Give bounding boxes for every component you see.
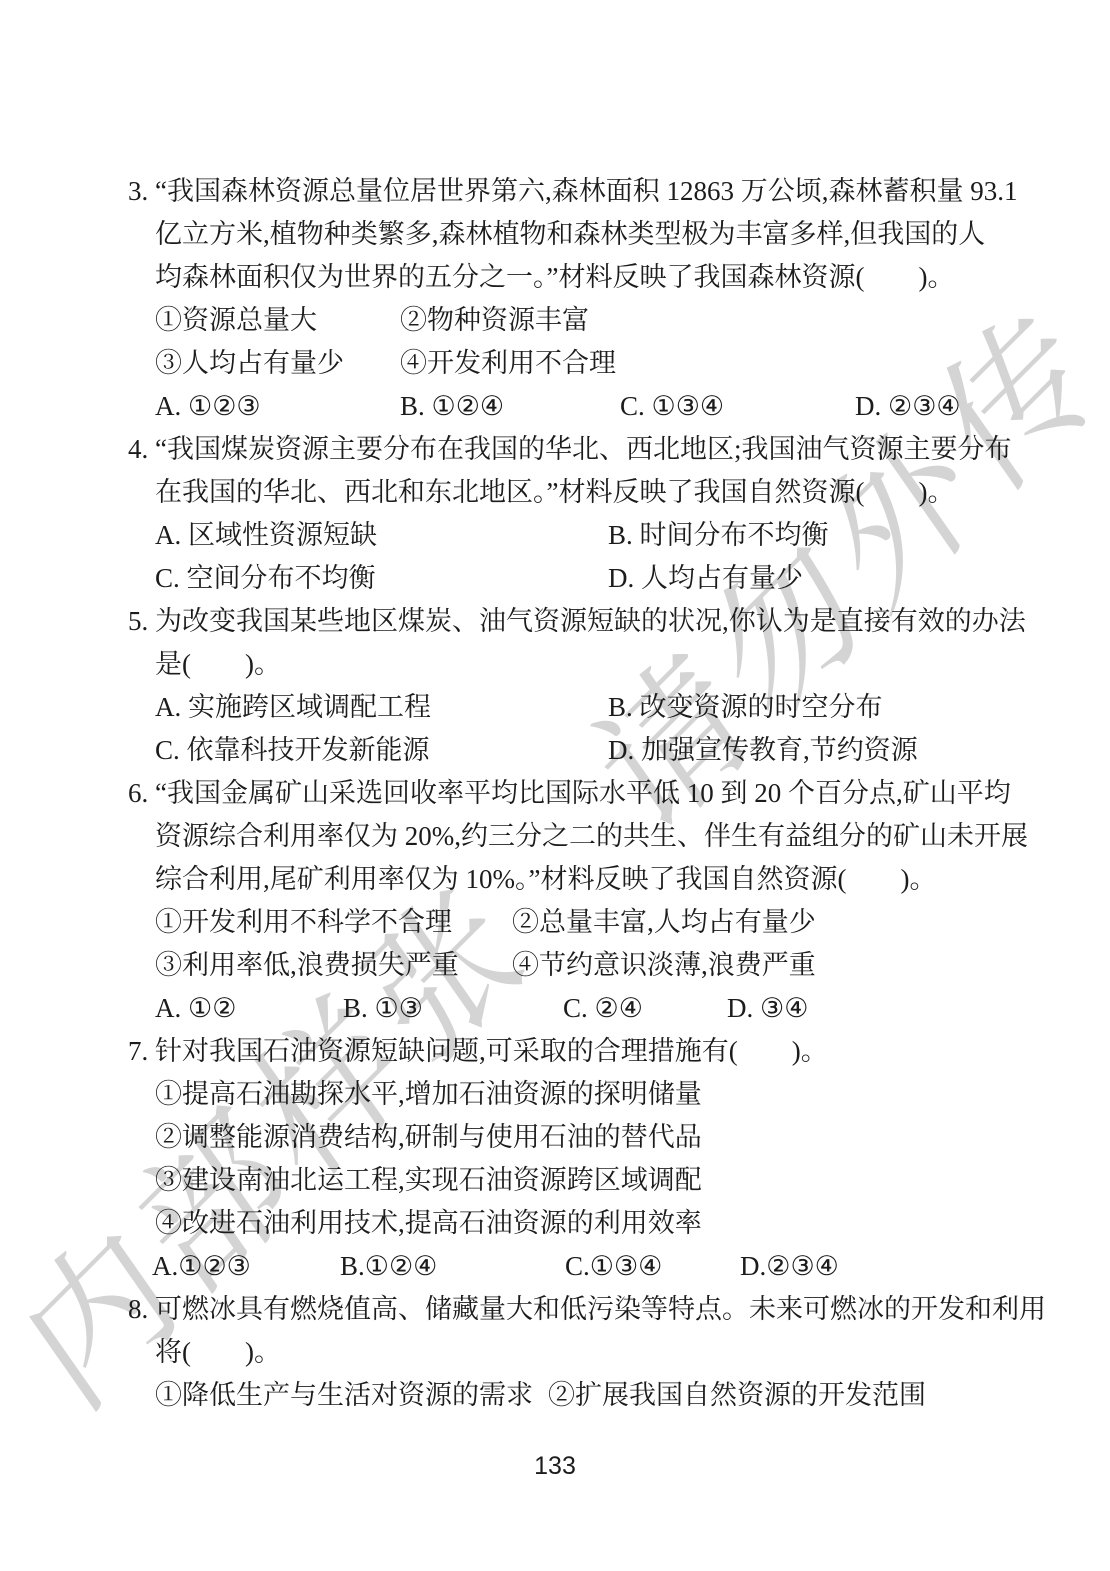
question-number: 3. [128, 170, 155, 213]
page-number: 133 [0, 1452, 1110, 1481]
stem-text: “我国森林资源总量位居世界第六,森林面积 12863 万公顷,森林蓄积量 93.… [155, 176, 1017, 206]
stem-text: 可燃冰具有燃烧值高、储藏量大和低污染等特点。未来可燃冰的开发和利用 [155, 1294, 1046, 1324]
stem-line: 综合利用,尾矿利用率仅为 10%。”材料反映了我国自然资源( )。 [128, 858, 1028, 901]
stem-line: 3.“我国森林资源总量位居世界第六,森林面积 12863 万公顷,森林蓄积量 9… [128, 170, 1028, 213]
option-item: ②总量丰富,人均占有量少 [512, 901, 816, 944]
option-item: A. 实施跨区域调配工程 [155, 692, 431, 722]
question-6: 6.“我国金属矿山采选回收率平均比国际水平低 10 到 20 个百分点,矿山平均… [128, 772, 1028, 1030]
answer-choice: B. ①③ [343, 987, 423, 1030]
stem-line: ①提高石油勘探水平,增加石油资源的探明储量 [128, 1073, 1028, 1116]
question-8: 8.可燃冰具有燃烧值高、储藏量大和低污染等特点。未来可燃冰的开发和利用 将( )… [128, 1288, 1028, 1417]
answer-choice: B. ①②④ [400, 385, 504, 428]
stem-line: 均森林面积仅为世界的五分之一。”材料反映了我国森林资源( )。 [128, 256, 1028, 299]
answer-choice: A.①②③ [152, 1245, 251, 1288]
answer-choice: D.②③④ [740, 1245, 839, 1288]
question-5: 5.为改变我国某些地区煤炭、油气资源短缺的状况,你认为是直接有效的办法 是( )… [128, 600, 1028, 772]
answer-choice: C.①③④ [565, 1245, 662, 1288]
stem-text: “我国金属矿山采选回收率平均比国际水平低 10 到 20 个百分点,矿山平均 [155, 778, 1011, 808]
option-row: C. 空间分布不均衡 D. 人均占有量少 [128, 557, 1028, 600]
answer-row: A. ①②③ B. ①②④ C. ①③④ D. ②③④ [128, 385, 1028, 428]
stem-line: 将( )。 [128, 1331, 1028, 1374]
stem-line: 在我国的华北、西北和东北地区。”材料反映了我国自然资源( )。 [128, 471, 1028, 514]
questions-area: 3.“我国森林资源总量位居世界第六,森林面积 12863 万公顷,森林蓄积量 9… [128, 170, 1028, 1417]
stem-line: 5.为改变我国某些地区煤炭、油气资源短缺的状况,你认为是直接有效的办法 [128, 600, 1028, 643]
stem-line: 亿立方米,植物种类繁多,森林植物和森林类型极为丰富多样,但我国的人 [128, 213, 1028, 256]
stem-text: 为改变我国某些地区煤炭、油气资源短缺的状况,你认为是直接有效的办法 [155, 606, 1026, 636]
answer-choice: A. ①② [155, 987, 236, 1030]
question-number: 6. [128, 772, 155, 815]
stem-line: ④改进石油利用技术,提高石油资源的利用效率 [128, 1202, 1028, 1245]
option-row: ③利用率低,浪费损失严重 ④节约意识淡薄,浪费严重 [128, 944, 1028, 987]
answer-choice: B.①②④ [340, 1245, 437, 1288]
stem-line: 7.针对我国石油资源短缺问题,可采取的合理措施有( )。 [128, 1030, 1028, 1073]
answer-choice: D. ②③④ [855, 385, 961, 428]
option-row: A. 实施跨区域调配工程 B. 改变资源的时空分布 [128, 686, 1028, 729]
option-item: ①开发利用不科学不合理 [155, 907, 452, 937]
question-number: 4. [128, 428, 155, 471]
question-7: 7.针对我国石油资源短缺问题,可采取的合理措施有( )。 ①提高石油勘探水平,增… [128, 1030, 1028, 1288]
question-number: 5. [128, 600, 155, 643]
option-row: C. 依靠科技开发新能源 D. 加强宣传教育,节约资源 [128, 729, 1028, 772]
option-row: ①降低生产与生活对资源的需求 ②扩展我国自然资源的开发范围 [128, 1374, 1028, 1417]
option-item: B. 时间分布不均衡 [608, 514, 829, 557]
answer-choice: A. ①②③ [155, 385, 261, 428]
exam-page: 内部样张 请勿外传 3.“我国森林资源总量位居世界第六,森林面积 12863 万… [0, 0, 1110, 1571]
stem-line: ③建设南油北运工程,实现石油资源跨区域调配 [128, 1159, 1028, 1202]
option-item: ③利用率低,浪费损失严重 [155, 950, 459, 980]
stem-text: “我国煤炭资源主要分布在我国的华北、西北地区;我国油气资源主要分布 [155, 434, 1011, 464]
option-item: ①资源总量大 [155, 305, 317, 335]
stem-line: 是( )。 [128, 643, 1028, 686]
stem-line: 4.“我国煤炭资源主要分布在我国的华北、西北地区;我国油气资源主要分布 [128, 428, 1028, 471]
option-item: D. 加强宣传教育,节约资源 [608, 729, 918, 772]
option-row: ③人均占有量少 ④开发利用不合理 [128, 342, 1028, 385]
option-row: ①开发利用不科学不合理 ②总量丰富,人均占有量少 [128, 901, 1028, 944]
option-item: ②扩展我国自然资源的开发范围 [548, 1374, 926, 1417]
option-item: B. 改变资源的时空分布 [608, 686, 883, 729]
stem-line: 资源综合利用率仅为 20%,约三分之二的共生、伴生有益组分的矿山未开展 [128, 815, 1028, 858]
option-item: ④节约意识淡薄,浪费严重 [512, 944, 816, 987]
answer-choice: C. ②④ [563, 987, 643, 1030]
stem-line: 8.可燃冰具有燃烧值高、储藏量大和低污染等特点。未来可燃冰的开发和利用 [128, 1288, 1028, 1331]
option-item: C. 空间分布不均衡 [155, 563, 376, 593]
question-3: 3.“我国森林资源总量位居世界第六,森林面积 12863 万公顷,森林蓄积量 9… [128, 170, 1028, 428]
question-number: 8. [128, 1288, 155, 1331]
stem-text: 针对我国石油资源短缺问题,可采取的合理措施有( )。 [155, 1036, 828, 1066]
option-row: ①资源总量大 ②物种资源丰富 [128, 299, 1028, 342]
stem-line: 6.“我国金属矿山采选回收率平均比国际水平低 10 到 20 个百分点,矿山平均 [128, 772, 1028, 815]
option-item: ④开发利用不合理 [400, 342, 616, 385]
option-item: C. 依靠科技开发新能源 [155, 735, 430, 765]
question-4: 4.“我国煤炭资源主要分布在我国的华北、西北地区;我国油气资源主要分布 在我国的… [128, 428, 1028, 600]
answer-choice: C. ①③④ [620, 385, 724, 428]
option-item: ③人均占有量少 [155, 348, 344, 378]
option-item: ①降低生产与生活对资源的需求 [155, 1380, 533, 1410]
answer-row: A.①②③ B.①②④ C.①③④ D.②③④ [128, 1245, 1028, 1288]
answer-row: A. ①② B. ①③ C. ②④ D. ③④ [128, 987, 1028, 1030]
option-item: A. 区域性资源短缺 [155, 520, 377, 550]
option-item: ②物种资源丰富 [400, 299, 589, 342]
answer-choice: D. ③④ [727, 987, 808, 1030]
stem-line: ②调整能源消费结构,研制与使用石油的替代品 [128, 1116, 1028, 1159]
option-item: D. 人均占有量少 [608, 557, 803, 600]
question-number: 7. [128, 1030, 155, 1073]
option-row: A. 区域性资源短缺 B. 时间分布不均衡 [128, 514, 1028, 557]
